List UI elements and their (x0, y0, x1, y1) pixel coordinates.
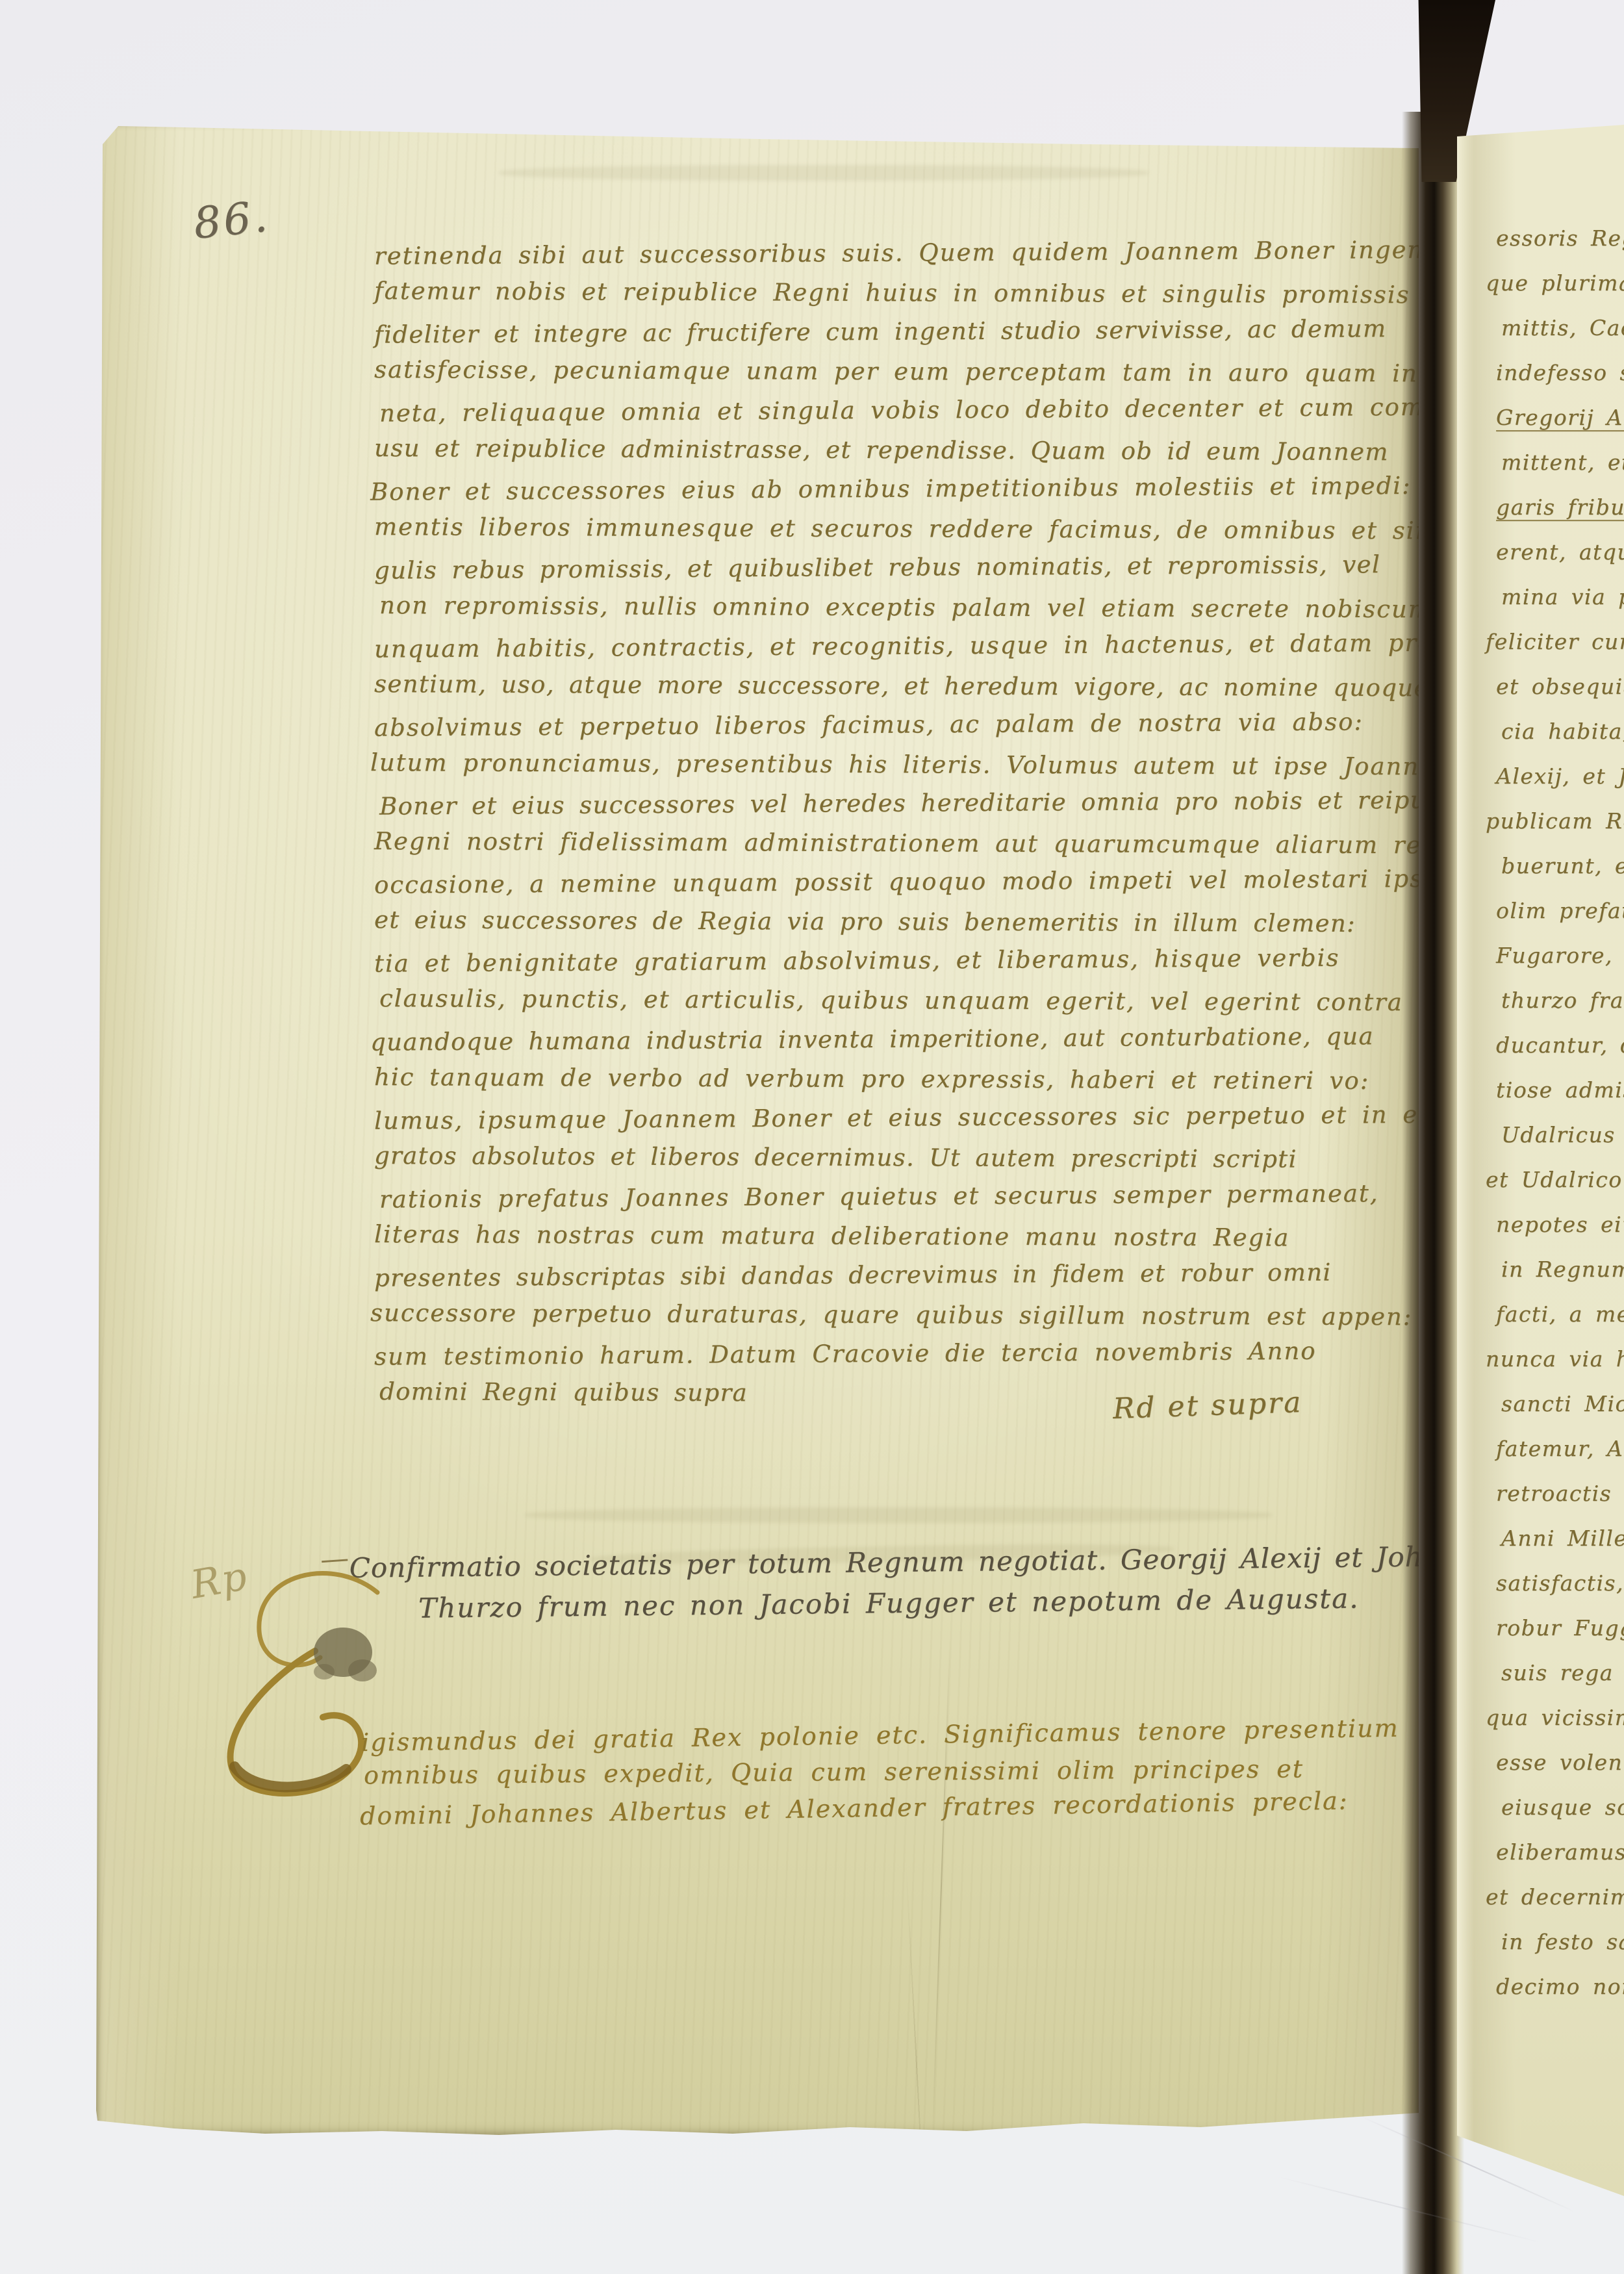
manuscript-line: lutum pronunciamus, presentibus his lite… (370, 743, 1362, 786)
fragment-line: Fugarore, hab (1496, 933, 1624, 978)
manuscript-line: successore perpetuo duraturas, quare qui… (370, 1294, 1362, 1336)
fragment-line: facti, a medio (1496, 1292, 1624, 1336)
manuscript-line: neta, reliquaque omnia et singula vobis … (379, 388, 1362, 433)
manuscript-line: satisfecisse, pecuniamque unam per eum p… (374, 350, 1362, 393)
fragment-line: Alexij, et Jo m (1496, 754, 1624, 798)
sign-off-note: Rd et supra (1112, 1386, 1303, 1425)
manuscript-line: fatemur nobis et reipublice Regni huius … (374, 272, 1362, 314)
fragment-line: buerunt, et in (1501, 843, 1624, 888)
fragment-line: erent, atque ea (1496, 530, 1624, 574)
fragment-line: eliberamus, (1496, 1830, 1624, 1874)
manuscript-page-right: essoris Regesque plurimamittis, Caesarin… (1457, 125, 1624, 2204)
manuscript-line: literas has nostras cum matura deliberat… (374, 1215, 1362, 1258)
manuscript-line: absolvimus et perpetuo liberos facimus, … (374, 702, 1362, 748)
manuscript-line: retinenda sibi aut successoribus suis. Q… (374, 231, 1362, 276)
fragment-line: fatemur, A f (1496, 1426, 1624, 1471)
fragment-line: Anni Millesim (1501, 1516, 1624, 1561)
manuscript-line: fideliter et integre ac fructifere cum i… (374, 309, 1362, 355)
fragment-line: garis fribus (1496, 485, 1624, 530)
fragment-line: mina via per (1501, 574, 1624, 619)
fragment-line: Udalricus (1501, 1112, 1624, 1157)
manuscript-line: mentis liberos immunesque et securos red… (374, 507, 1362, 550)
fragment-line: mittis, Caesar (1501, 305, 1624, 350)
manuscript-line: sum testimonio harum. Datum Cracovie die… (374, 1331, 1362, 1377)
manuscript-line: Boner et successores eius ab omnibus imp… (370, 466, 1362, 512)
fragment-line: robur Fugge (1496, 1605, 1624, 1650)
manuscript-line: presentes subscriptas sibi dandas decrev… (374, 1253, 1362, 1298)
fragment-line: et obsequia pro (1496, 664, 1624, 709)
paper-crease (906, 1870, 927, 2259)
manuscript-line: rationis prefatus Joannes Boner quietus … (379, 1174, 1362, 1220)
manuscript-photo: 86. retinenda sibi aut successoribus sui… (0, 0, 1624, 2274)
fragment-line: nepotes eius (1496, 1202, 1624, 1247)
fragment-line: Gregorij Alex (1496, 395, 1624, 440)
fragment-line: eiusque sorte (1501, 1785, 1624, 1830)
fragment-line: indefesso studio (1496, 350, 1624, 395)
fragment-line: cia habita, (1501, 709, 1624, 754)
fragment-line: olim prefatore (1496, 888, 1624, 933)
manuscript-line: hic tanquam de verbo ad verbum pro expre… (374, 1058, 1362, 1101)
fragment-line: decimo nono, (1496, 1964, 1624, 2009)
fragment-line: sancti Michaeli (1501, 1381, 1624, 1426)
fragment-line: ducantur, de (1496, 1023, 1624, 1067)
fragment-line: retroactis ann (1496, 1471, 1624, 1516)
fragment-line: thurzo fratribus, (1501, 978, 1624, 1023)
fragment-line: nunca via h (1486, 1336, 1624, 1381)
manuscript-line: Boner et eius successores vel heredes he… (379, 781, 1362, 826)
manuscript-line: usu et reipublice administrasse, et repe… (374, 429, 1362, 472)
fragment-line: et decernimus (1486, 1874, 1624, 1919)
fragment-line: in festo san (1501, 1919, 1624, 1964)
manuscript-line: gratos absolutos et liberos decernimus. … (374, 1136, 1362, 1179)
body-text-block: retinenda sibi aut successoribus suis. Q… (374, 234, 1362, 1413)
fragment-line: essoris Reges (1496, 216, 1624, 261)
manuscript-line: Regni nostri fidelissimam administration… (374, 822, 1362, 865)
manuscript-page-left: 86. retinenda sibi aut successoribus sui… (96, 122, 1419, 2136)
manuscript-line: unquam habitis, contractis, et recogniti… (374, 624, 1362, 669)
opening-paragraph: igismundus dei gratia Rex polonie etc. S… (361, 1717, 1375, 1826)
manuscript-line: tia et benignitate gratiarum absolvimus,… (374, 938, 1362, 984)
manuscript-line: non repromissis, nullis omnino exceptis … (379, 586, 1362, 629)
fragment-line: esse volentes, (1496, 1740, 1624, 1785)
fragment-line: suis rega no (1501, 1650, 1624, 1695)
ink-show-through (525, 1507, 1272, 1523)
manuscript-line: et eius successores de Regia via pro sui… (374, 901, 1362, 943)
paper-crease (932, 1636, 951, 2136)
adjacent-page-text: essoris Regesque plurimamittis, Caesarin… (1496, 216, 1624, 2009)
fragment-line: feliciter curti (1486, 619, 1624, 664)
entry-heading: Confirmatio societatis per totum Regnum … (349, 1536, 1428, 1629)
manuscript-line: gulis rebus promissis, et quibuslibet re… (374, 545, 1362, 591)
fragment-line: qua vicissim (1486, 1695, 1624, 1740)
fragment-line: satisfactis, et (1496, 1561, 1624, 1605)
fragment-line: et Udalrico (1486, 1157, 1624, 1202)
manuscript-line: lumus, ipsumque Joannem Boner et eius su… (374, 1095, 1362, 1141)
fragment-line: mittent, et (1501, 440, 1624, 485)
fragment-line: tiose admisim (1496, 1067, 1624, 1112)
manuscript-line: occasione, a nemine unquam possit quoquo… (374, 860, 1362, 905)
manuscript-line: sentium, uso, atque more successore, et … (374, 665, 1362, 708)
ink-show-through (499, 165, 1148, 181)
fragment-line: que plurima (1486, 261, 1624, 305)
fragment-line: publicam Regni (1486, 798, 1624, 843)
manuscript-line: quandoque humana industria inventa imper… (370, 1017, 1362, 1062)
fragment-line: in Regnum im (1501, 1247, 1624, 1292)
manuscript-line: clausulis, punctis, et articulis, quibus… (379, 979, 1362, 1022)
folio-number: 86. (191, 191, 272, 249)
binding-gutter (1402, 112, 1464, 2274)
